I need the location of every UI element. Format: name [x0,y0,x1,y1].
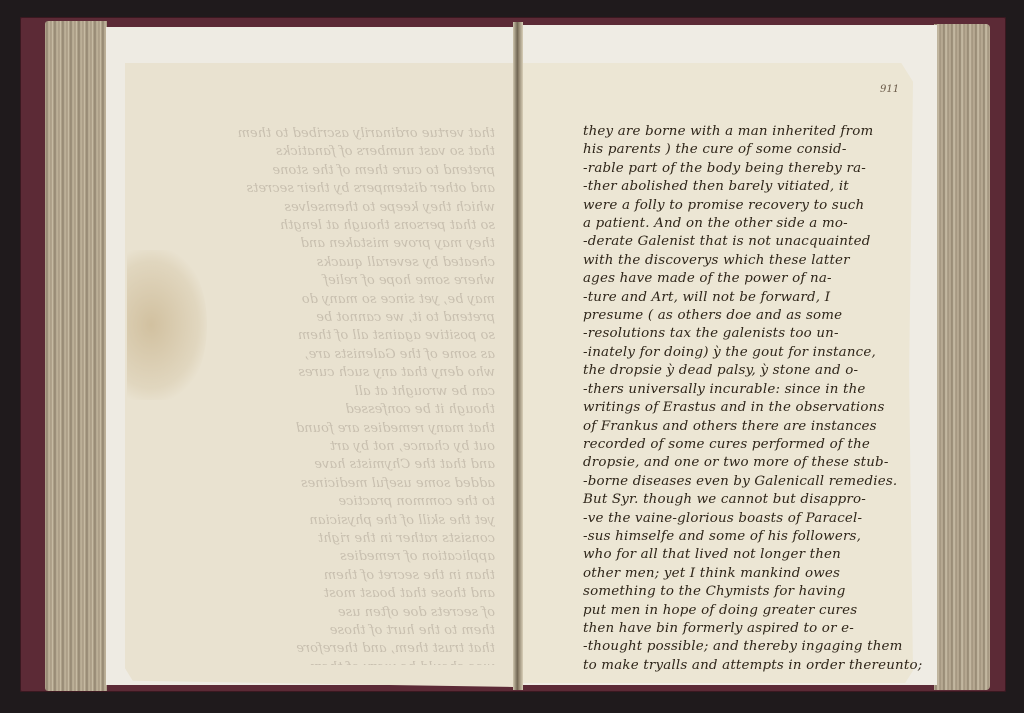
text-line: writings of Erastus and in the observati… [583,399,928,417]
text-line: -sus himselfe and some of his followers, [583,528,928,546]
ghost-line: that vertue ordinarily ascribed to them [150,125,495,143]
text-line: who for all that lived not longer then [583,546,928,564]
text-line: they are borne with a man inherited from [583,123,928,141]
text-line: -ve the vaine-glorious boasts of Paracel… [583,510,928,528]
text-line: dropsie, and one or two more of these st… [583,454,928,472]
text-line: -ther abolished then barely vitiated, it [583,178,928,196]
ghost-line: them to the hurt of those [150,622,495,640]
ghost-line: so that persons though at length [150,217,495,235]
ghost-line: than in the secret of them [150,567,495,585]
ghost-line: though it be confessed [150,401,495,419]
ghost-line: that many remedies are found [150,420,495,438]
ghost-line: application of remedies [150,548,495,566]
text-line: a patient. And on the other side a mo- [583,215,928,233]
ghost-line: wee should be wary of them [150,659,495,665]
text-line: other men; yet I think mankind owes [583,565,928,583]
page-edges-left [45,21,107,691]
text-line: then have bin formerly aspired to or e- [583,620,928,638]
ghost-line: of secrets doe often use [150,604,495,622]
ghost-line: they may prove mistaken and [150,235,495,253]
text-line: something to the Chymists for having [583,583,928,601]
ghost-line: that so vast numbers of fanaticks [150,143,495,161]
text-line: to make tryalls and attempts in order th… [583,657,928,675]
ghost-line: out by chance, not by art [150,438,495,456]
ghost-line: consists rather in the right [150,530,495,548]
text-line: -thought possible; and thereby ingaging … [583,638,928,656]
ghost-line: who deny that any such cures [150,364,495,382]
ghost-line: and other distempers by their secrets [150,180,495,198]
ghost-line: pretend to it, we cannot be [150,309,495,327]
show-through-text: that vertue ordinarily ascribed to them … [150,125,495,665]
text-line: put men in hope of doing greater cures [583,602,928,620]
text-line: recorded of some cures performed of the [583,436,928,454]
ghost-line: and those that boast most [150,585,495,603]
ghost-line: and that the Chymists have [150,456,495,474]
folio-number: 911 [880,84,899,95]
text-line: -borne diseases even by Galenicall remed… [583,473,928,491]
text-line: his parents ) the cure of some consid- [583,141,928,159]
ghost-line: which they keepe to themselves [150,199,495,217]
text-line: with the discoverys which these latter [583,252,928,270]
text-line: presume ( as others doe and as some [583,307,928,325]
text-line: -resolutions tax the galenists too un- [583,325,928,343]
ghost-line: that trust them, and therefore [150,640,495,658]
text-line: -rable part of the body being thereby ra… [583,160,928,178]
text-line: -derate Galenist that is not unacquainte… [583,233,928,251]
ghost-line: to the common practice [150,493,495,511]
ghost-line: yet the skill of the physician [150,512,495,530]
ghost-line: so positive against all of them [150,327,495,345]
text-line: were a folly to promise recovery to such [583,197,928,215]
text-line: the dropsie ỳ dead palsy, ỳ stone and … [583,362,928,380]
ghost-line: can be wrought at all [150,383,495,401]
ghost-line: cheated by severall quacks [150,254,495,272]
ghost-line: may be, yet since so many do [150,291,495,309]
text-line: ages have made of the power of na- [583,270,928,288]
handwritten-text: they are borne with a man inherited from… [583,123,928,675]
page-edges-right [934,24,990,690]
book-gutter [513,22,523,690]
ghost-line: added some useful medicines [150,475,495,493]
text-line: of Frankus and others there are instance… [583,418,928,436]
text-line: -thers universally incurable: since in t… [583,381,928,399]
text-line: -ture and Art, will not be forward, I [583,289,928,307]
ghost-line: as some of the Galenists are, [150,346,495,364]
text-line: -inately for doing) ỳ the gout for inst… [583,344,928,362]
ghost-line: pretend to cure them of the stone [150,162,495,180]
ghost-line: where some hope of relief [150,272,495,290]
text-line: But Syr. though we cannot but disappro- [583,491,928,509]
